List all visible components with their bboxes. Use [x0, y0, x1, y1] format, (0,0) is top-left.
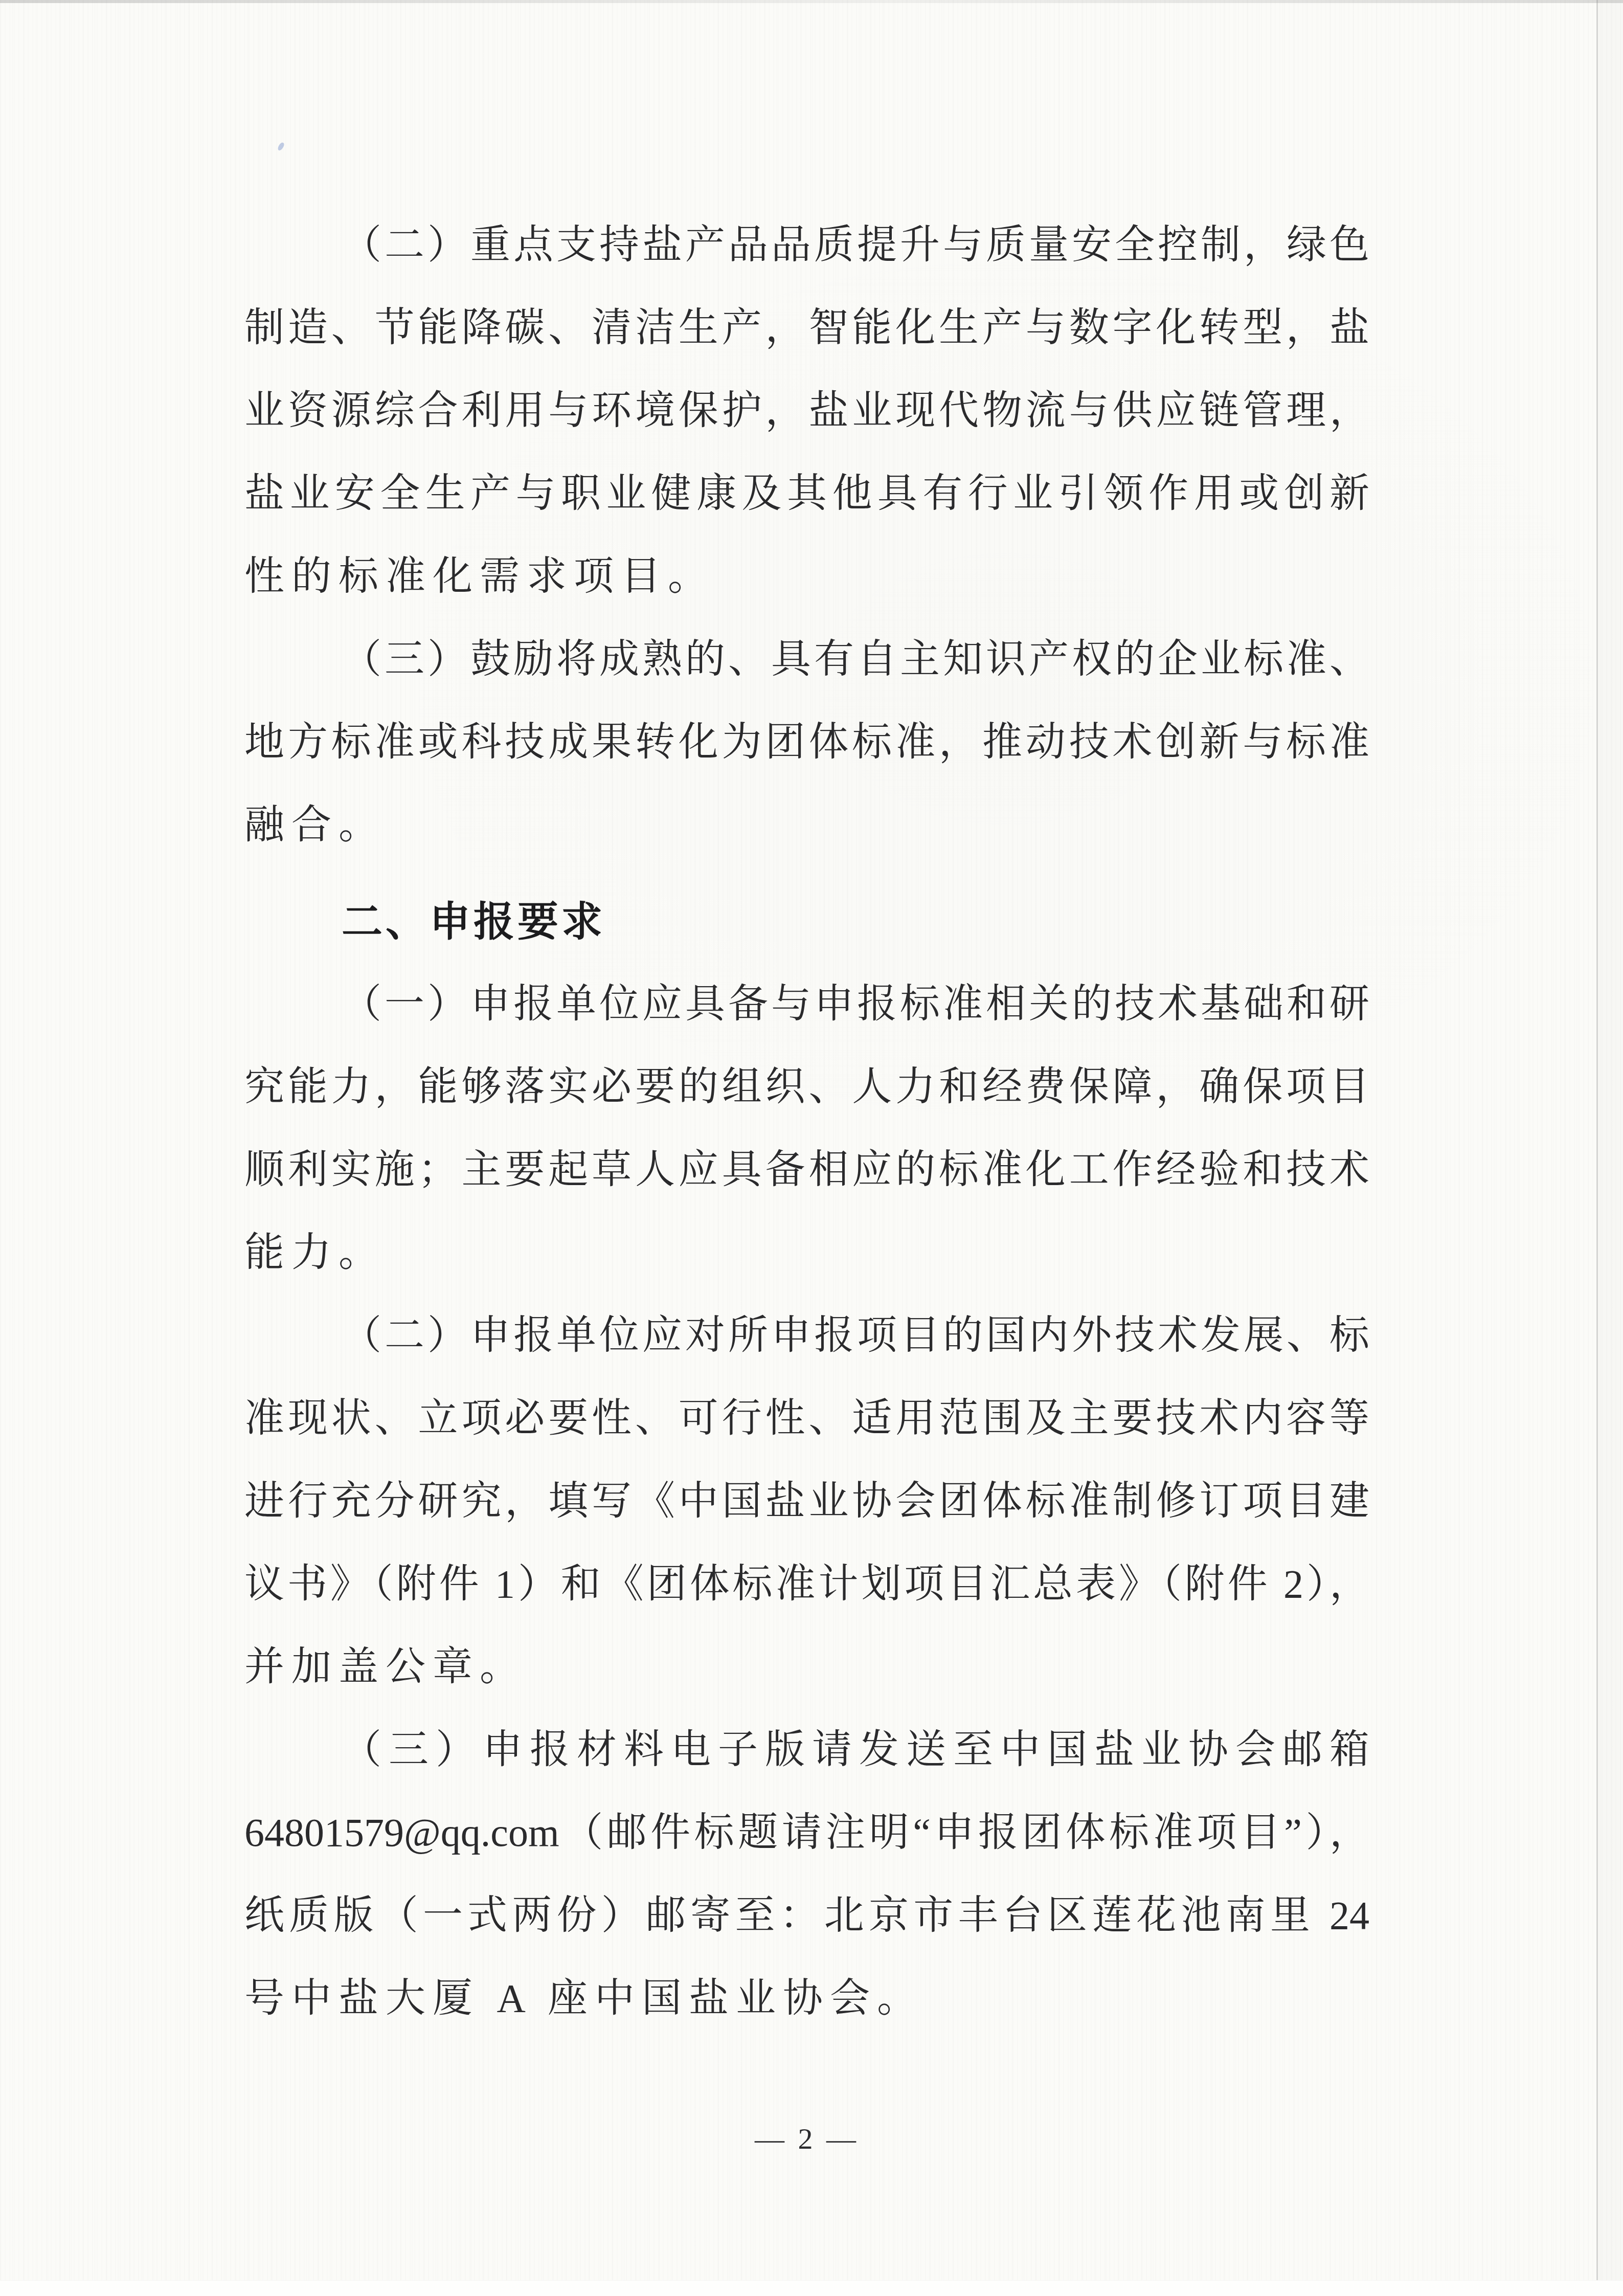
text-line: （三）鼓励将成熟的、具有自主知识产权的企业标准、 [244, 633, 1369, 695]
text-line: 议书》（附件 1）和《团体标准计划项目汇总表》（附件 2）， [244, 1558, 1369, 1619]
text-line: （三）申报材料电子版请发送至中国盐业协会邮箱 [244, 1724, 1369, 1785]
text-line: 制造、节能降碳、清洁生产，智能化生产与数字化转型，盐 [244, 302, 1369, 363]
text-line: 纸质版（一式两份）邮寄至：北京市丰台区莲花池南里 24 [244, 1889, 1369, 1951]
text-line: 进行充分研究，填写《中国盐业协会团体标准制修订项目建 [244, 1475, 1369, 1536]
text-line: 地方标准或科技成果转化为团体标准，推动技术创新与标准 [244, 716, 1369, 777]
page-number: — 2 — [244, 2122, 1369, 2156]
section-heading: 二、申报要求 [244, 895, 1369, 948]
text-line: 性的标准化需求项目。 [244, 550, 1369, 602]
text-line: （二）申报单位应对所申报项目的国内外技术发展、标 [244, 1309, 1369, 1371]
scanned-document-page: （二）重点支持盐产品品质提升与质量安全控制，绿色制造、节能降碳、清洁生产，智能化… [0, 0, 1623, 2296]
text-line: 顺利实施；主要起草人应具备相应的标准化工作经验和技术 [244, 1144, 1369, 1205]
text-line: 64801579@qq.com（邮件标题请注明“申报团体标准项目”）， [244, 1807, 1369, 1868]
scan-bottom-edge-artifact [0, 2280, 1623, 2296]
text-line: 号中盐大厦 A 座中国盐业协会。 [244, 1972, 1369, 2024]
scan-right-band-artifact [1598, 0, 1623, 2296]
text-line: 融合。 [244, 799, 1369, 851]
text-line: 并加盖公章。 [244, 1641, 1369, 1692]
text-line: 能力。 [244, 1227, 1369, 1278]
text-line: 业资源综合利用与环境保护，盐业现代物流与供应链管理， [244, 385, 1369, 446]
text-line: （二）重点支持盐产品品质提升与质量安全控制，绿色 [244, 219, 1369, 280]
text-line: 究能力，能够落实必要的组织、人力和经费保障，确保项目 [244, 1061, 1369, 1122]
text-line: 盐业安全生产与职业健康及其他具有行业引领作用或创新 [244, 467, 1369, 529]
text-line: （一）申报单位应具备与申报标准相关的技术基础和研 [244, 978, 1369, 1039]
scan-right-line-artifact [1596, 0, 1598, 2296]
document-body: （二）重点支持盐产品品质提升与质量安全控制，绿色制造、节能降碳、清洁生产，智能化… [244, 0, 1369, 2296]
text-line: 准现状、立项必要性、可行性、适用范围及主要技术内容等 [244, 1392, 1369, 1454]
